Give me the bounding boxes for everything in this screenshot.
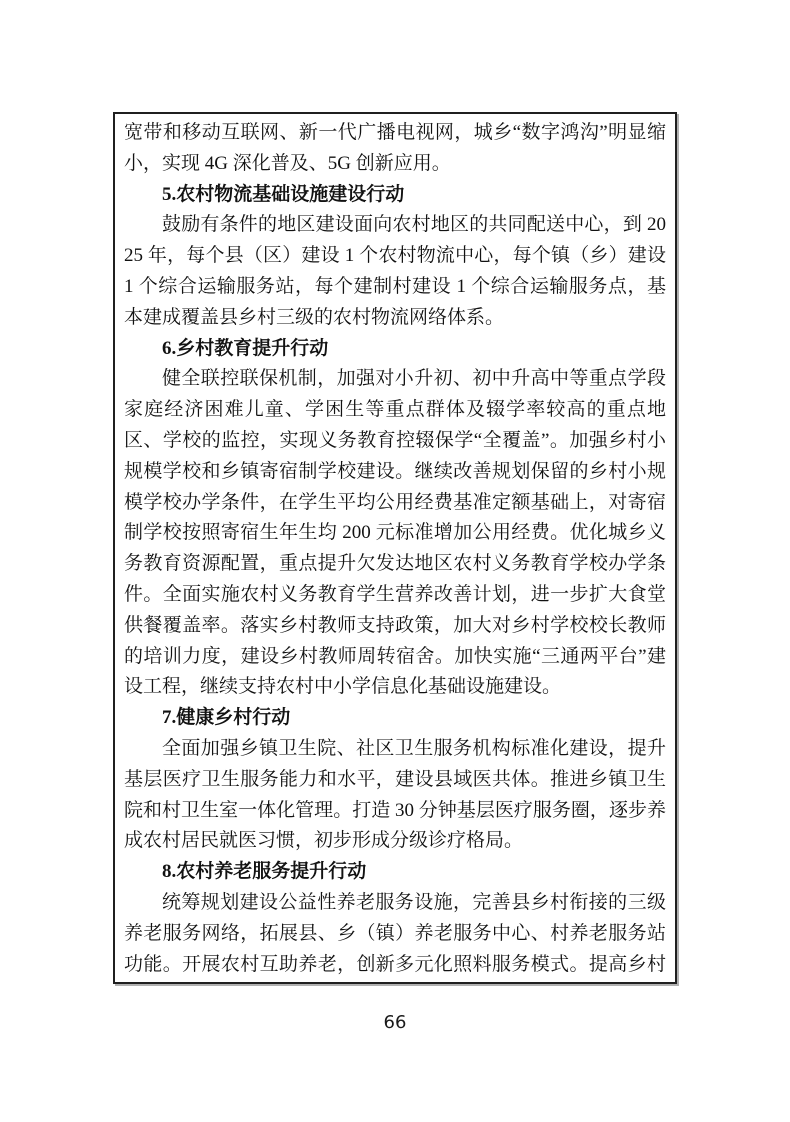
section-heading: 5.农村物流基础设施建设行动 [124,180,666,211]
document-page: 宽带和移动互联网、新一代广播电视网，城乡“数字鸿沟”明显缩小，实现 4G 深化普… [0,0,790,1122]
text-box: 宽带和移动互联网、新一代广播电视网，城乡“数字鸿沟”明显缩小，实现 4G 深化普… [113,112,677,984]
section-heading: 7.健康乡村行动 [124,703,666,734]
body-paragraph: 统筹规划建设公益性养老服务设施，完善县乡村衔接的三级养老服务网络，拓展县、乡（镇… [124,888,666,984]
body-paragraph: 健全联控联保机制，加强对小升初、初中升高中等重点学段家庭经济困难儿童、学困生等重… [124,364,666,703]
section-heading: 6.乡村教育提升行动 [124,334,666,365]
body-paragraph: 鼓励有条件的地区建设面向农村地区的共同配送中心，到 2025 年，每个县（区）建… [124,210,666,333]
body-paragraph: 全面加强乡镇卫生院、社区卫生服务机构标准化建设，提升基层医疗卫生服务能力和水平，… [124,734,666,857]
body-paragraph: 宽带和移动互联网、新一代广播电视网，城乡“数字鸿沟”明显缩小，实现 4G 深化普… [124,118,666,180]
section-heading: 8.农村养老服务提升行动 [124,857,666,888]
page-number: 66 [0,1012,790,1033]
